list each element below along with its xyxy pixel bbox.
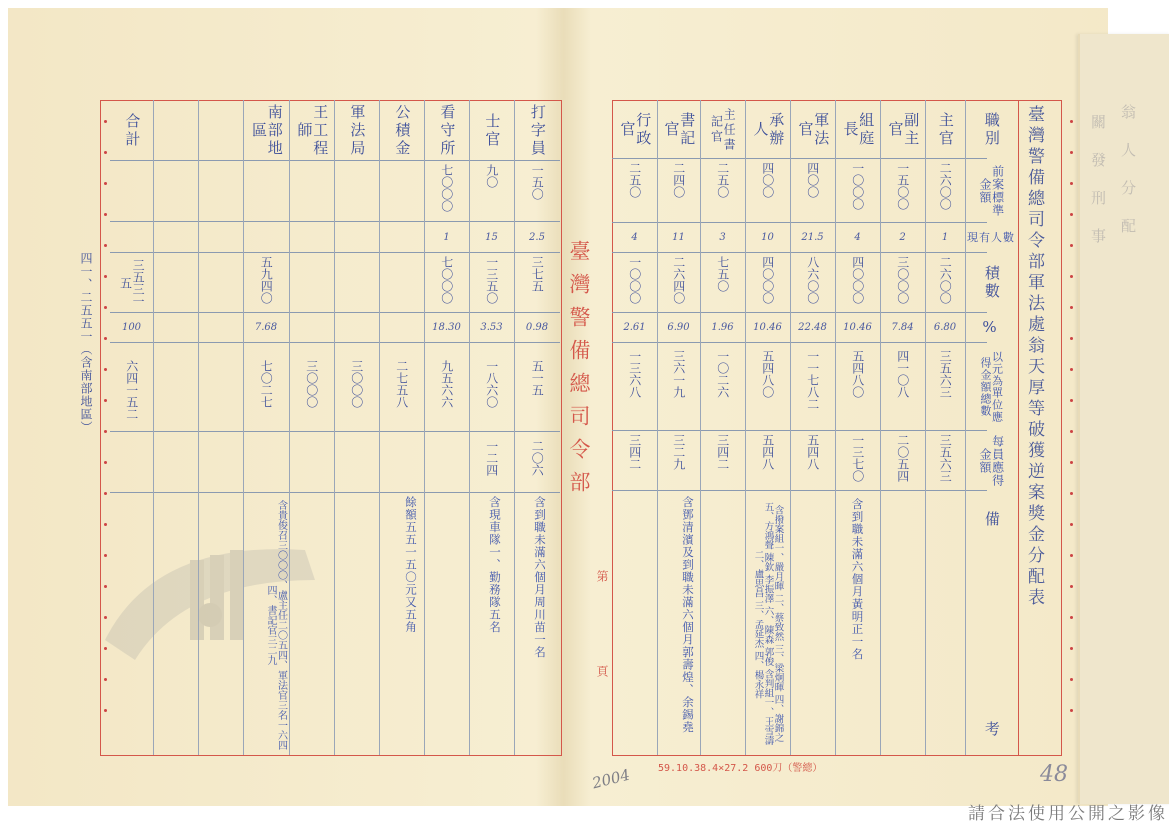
standard-amount-cell: 九〇 — [469, 164, 514, 220]
role-cell: 承辦人 — [745, 104, 790, 156]
amount-due-cell: 一八六〇 — [469, 360, 514, 428]
header-standard-amount: 前案標準金額 — [965, 162, 1017, 220]
total-percent: 100 — [110, 314, 153, 342]
percent-cell: 3.53 — [469, 314, 514, 342]
header-per-person: 每員應得金額 — [965, 434, 1017, 488]
percent-cell: 18.30 — [424, 314, 469, 342]
amount-due-cell: 二七五八 — [379, 360, 424, 428]
role-cell: 南部地區 — [243, 104, 289, 158]
amount-due-cell: 三五六三 — [925, 350, 965, 428]
document-title: 臺灣警備總司令部軍法處翁天厚等破獲逆案獎金分配表 — [1022, 105, 1047, 609]
percent-cell: 0.98 — [514, 314, 560, 342]
archive-watermark-text: 請合法使用公開之影像 — [968, 799, 1168, 824]
header-remarks-bottom: 考 — [965, 710, 1017, 750]
role-cell: 軍法局 — [334, 104, 379, 158]
amount-due-cell: 三六一九 — [657, 350, 700, 428]
amount-due-cell: 三〇〇〇 — [334, 360, 379, 428]
standard-amount-cell: 一五〇〇 — [880, 162, 925, 220]
percent-cell: 10.46 — [835, 314, 880, 342]
attached-slip: 關 發 刑 事 翁 人 分 配 — [1078, 34, 1169, 804]
amount-due-cell: 一一七八二 — [790, 350, 835, 428]
header-headcount: 現有人數 — [965, 224, 1017, 252]
points-cell: 八六〇〇 — [790, 256, 835, 310]
per-person-cell: 一二四 — [469, 440, 514, 490]
print-footer: 59.10.38.4×27.2 600刀（警總） — [658, 759, 822, 774]
remark-cell: 含到職未滿六個月黃明正一名 — [835, 498, 880, 748]
header-remarks-top: 備 — [965, 500, 1017, 540]
per-person-cell: 三二九 — [657, 434, 700, 488]
remark-cell: 餘額五五一五〇元又五角 — [398, 496, 424, 656]
headcount-cell: 4 — [835, 224, 880, 252]
points-cell: 四〇〇〇 — [745, 256, 790, 310]
per-person-cell: 五四八 — [790, 434, 835, 488]
role-cell: 打字員 — [514, 104, 560, 158]
amount-due-cell: 一〇二六 — [700, 350, 745, 428]
remark-cell: 含貴俊召三〇〇〇、盧主任二〇五四、軍法官三名一六四四、書記官三二九 — [258, 496, 292, 754]
binding-dots-right — [1070, 120, 1073, 740]
role-cell: 主官 — [925, 104, 965, 156]
headcount-cell: 3 — [700, 224, 745, 252]
role-cell: 軍法官 — [790, 104, 835, 156]
role-cell: 王工程師 — [289, 104, 334, 158]
center-letterhead: 臺灣警備總司令部 — [564, 240, 594, 504]
headcount-cell: 21.5 — [790, 224, 835, 252]
remark-cell: 含撥案組一、嚴月暉 二、蔡致然 三、梁炯暉 四、謝錦之 五、方鴻聲 陳欽 李振澤… — [745, 496, 790, 752]
binding-dots-left — [104, 120, 107, 740]
page-number: 48 — [1040, 762, 1068, 787]
percent-cell: 6.90 — [657, 314, 700, 342]
role-cell: 看守所 — [424, 104, 469, 158]
percent-cell: 10.46 — [745, 314, 790, 342]
role-cell: 行政官 — [612, 104, 657, 156]
standard-amount-cell: 一〇〇〇 — [835, 162, 880, 220]
percent-cell: 6.80 — [925, 314, 965, 342]
points-cell: 七五〇 — [700, 256, 745, 310]
slip-bleed-text: 翁 人 分 配 — [1118, 104, 1139, 237]
headcount-cell: 10 — [745, 224, 790, 252]
standard-amount-cell: 二五〇 — [700, 162, 745, 220]
per-person-cell: 一三七〇 — [835, 434, 880, 488]
page-marker-top: 第 — [594, 570, 611, 582]
per-person-cell: 三五六三 — [925, 434, 965, 488]
percent-cell: 7.68 — [243, 314, 289, 342]
points-cell: 三七五 — [514, 256, 560, 310]
percent-cell: 7.84 — [880, 314, 925, 342]
per-person-cell: 三四二 — [612, 434, 657, 488]
role-cell: 主任書記官 — [700, 104, 745, 156]
points-cell: 一三五〇 — [469, 256, 514, 310]
headcount-cell: 2.5 — [514, 224, 560, 252]
points-cell: 三〇〇〇 — [880, 256, 925, 310]
headcount-cell: 11 — [657, 224, 700, 252]
side-note-total: 四一、二五五一（含南部地區） — [78, 252, 95, 434]
remark-cell: 含現車隊一、勤務隊五名 — [482, 496, 508, 696]
points-cell: 七〇〇〇 — [424, 256, 469, 310]
headcount-cell: 1 — [424, 224, 469, 252]
points-cell: 一〇〇〇 — [612, 256, 657, 310]
role-cell: 副主官 — [880, 104, 925, 156]
amount-due-cell: 三〇〇〇 — [289, 360, 334, 428]
headcount-cell: 1 — [925, 224, 965, 252]
total-label: 合計 — [110, 104, 153, 158]
points-cell: 五九四〇 — [243, 256, 289, 310]
amount-due-cell: 七〇二七 — [243, 360, 289, 428]
headcount-cell: 4 — [612, 224, 657, 252]
total-points: 三五三一五 — [110, 256, 153, 310]
standard-amount-cell: 七〇〇〇 — [424, 164, 469, 220]
headcount-cell: 15 — [469, 224, 514, 252]
percent-cell: 22.48 — [790, 314, 835, 342]
page-marker-bottom: 頁 — [594, 665, 611, 677]
remark-cell: 含鄧清濱及到職未滿六個月郭壽煌、余錫堯 — [675, 496, 701, 752]
standard-amount-cell: 二五〇 — [612, 162, 657, 220]
points-cell: 二六四〇 — [657, 256, 700, 310]
standard-amount-cell: 四〇〇 — [790, 162, 835, 220]
points-cell: 四〇〇〇 — [835, 256, 880, 310]
per-person-cell: 五四八 — [745, 434, 790, 488]
standard-amount-cell: 二六〇〇 — [925, 162, 965, 220]
percent-cell: 1.96 — [700, 314, 745, 342]
amount-due-cell: 五四八〇 — [835, 350, 880, 428]
per-person-cell: 二〇五四 — [880, 434, 925, 488]
header-amount-due: 以元為單位應得金額總數 — [965, 346, 1017, 428]
headcount-cell: 2 — [880, 224, 925, 252]
amount-due-cell: 五一五 — [514, 360, 560, 428]
header-points: 積數 — [965, 256, 1017, 310]
total-amount-due: 六四一五二 — [110, 360, 153, 428]
standard-amount-cell: 一五〇 — [514, 164, 560, 220]
percent-cell: 2.61 — [612, 314, 657, 342]
standard-amount-cell: 四〇〇 — [745, 162, 790, 220]
role-cell: 組庭長 — [835, 104, 880, 156]
per-person-cell: 三四二 — [700, 434, 745, 488]
role-cell: 書記官 — [657, 104, 700, 156]
slip-bleed-text: 關 發 刑 事 — [1088, 114, 1109, 247]
role-cell: 士官 — [469, 104, 514, 158]
amount-due-cell: 五四八〇 — [745, 350, 790, 428]
header-percent: % — [965, 314, 1017, 342]
remark-cell: 含到職未滿六個月周川苗一名 — [527, 496, 553, 752]
amount-due-cell: 一三六八 — [612, 350, 657, 428]
points-cell: 二六〇〇 — [925, 256, 965, 310]
role-cell: 公積金 — [379, 104, 424, 158]
amount-due-cell: 九五六六 — [424, 360, 469, 428]
standard-amount-cell: 二四〇 — [657, 162, 700, 220]
per-person-cell: 二〇六 — [514, 440, 560, 490]
amount-due-cell: 四一〇八 — [880, 350, 925, 428]
header-role: 職別 — [965, 104, 1017, 156]
